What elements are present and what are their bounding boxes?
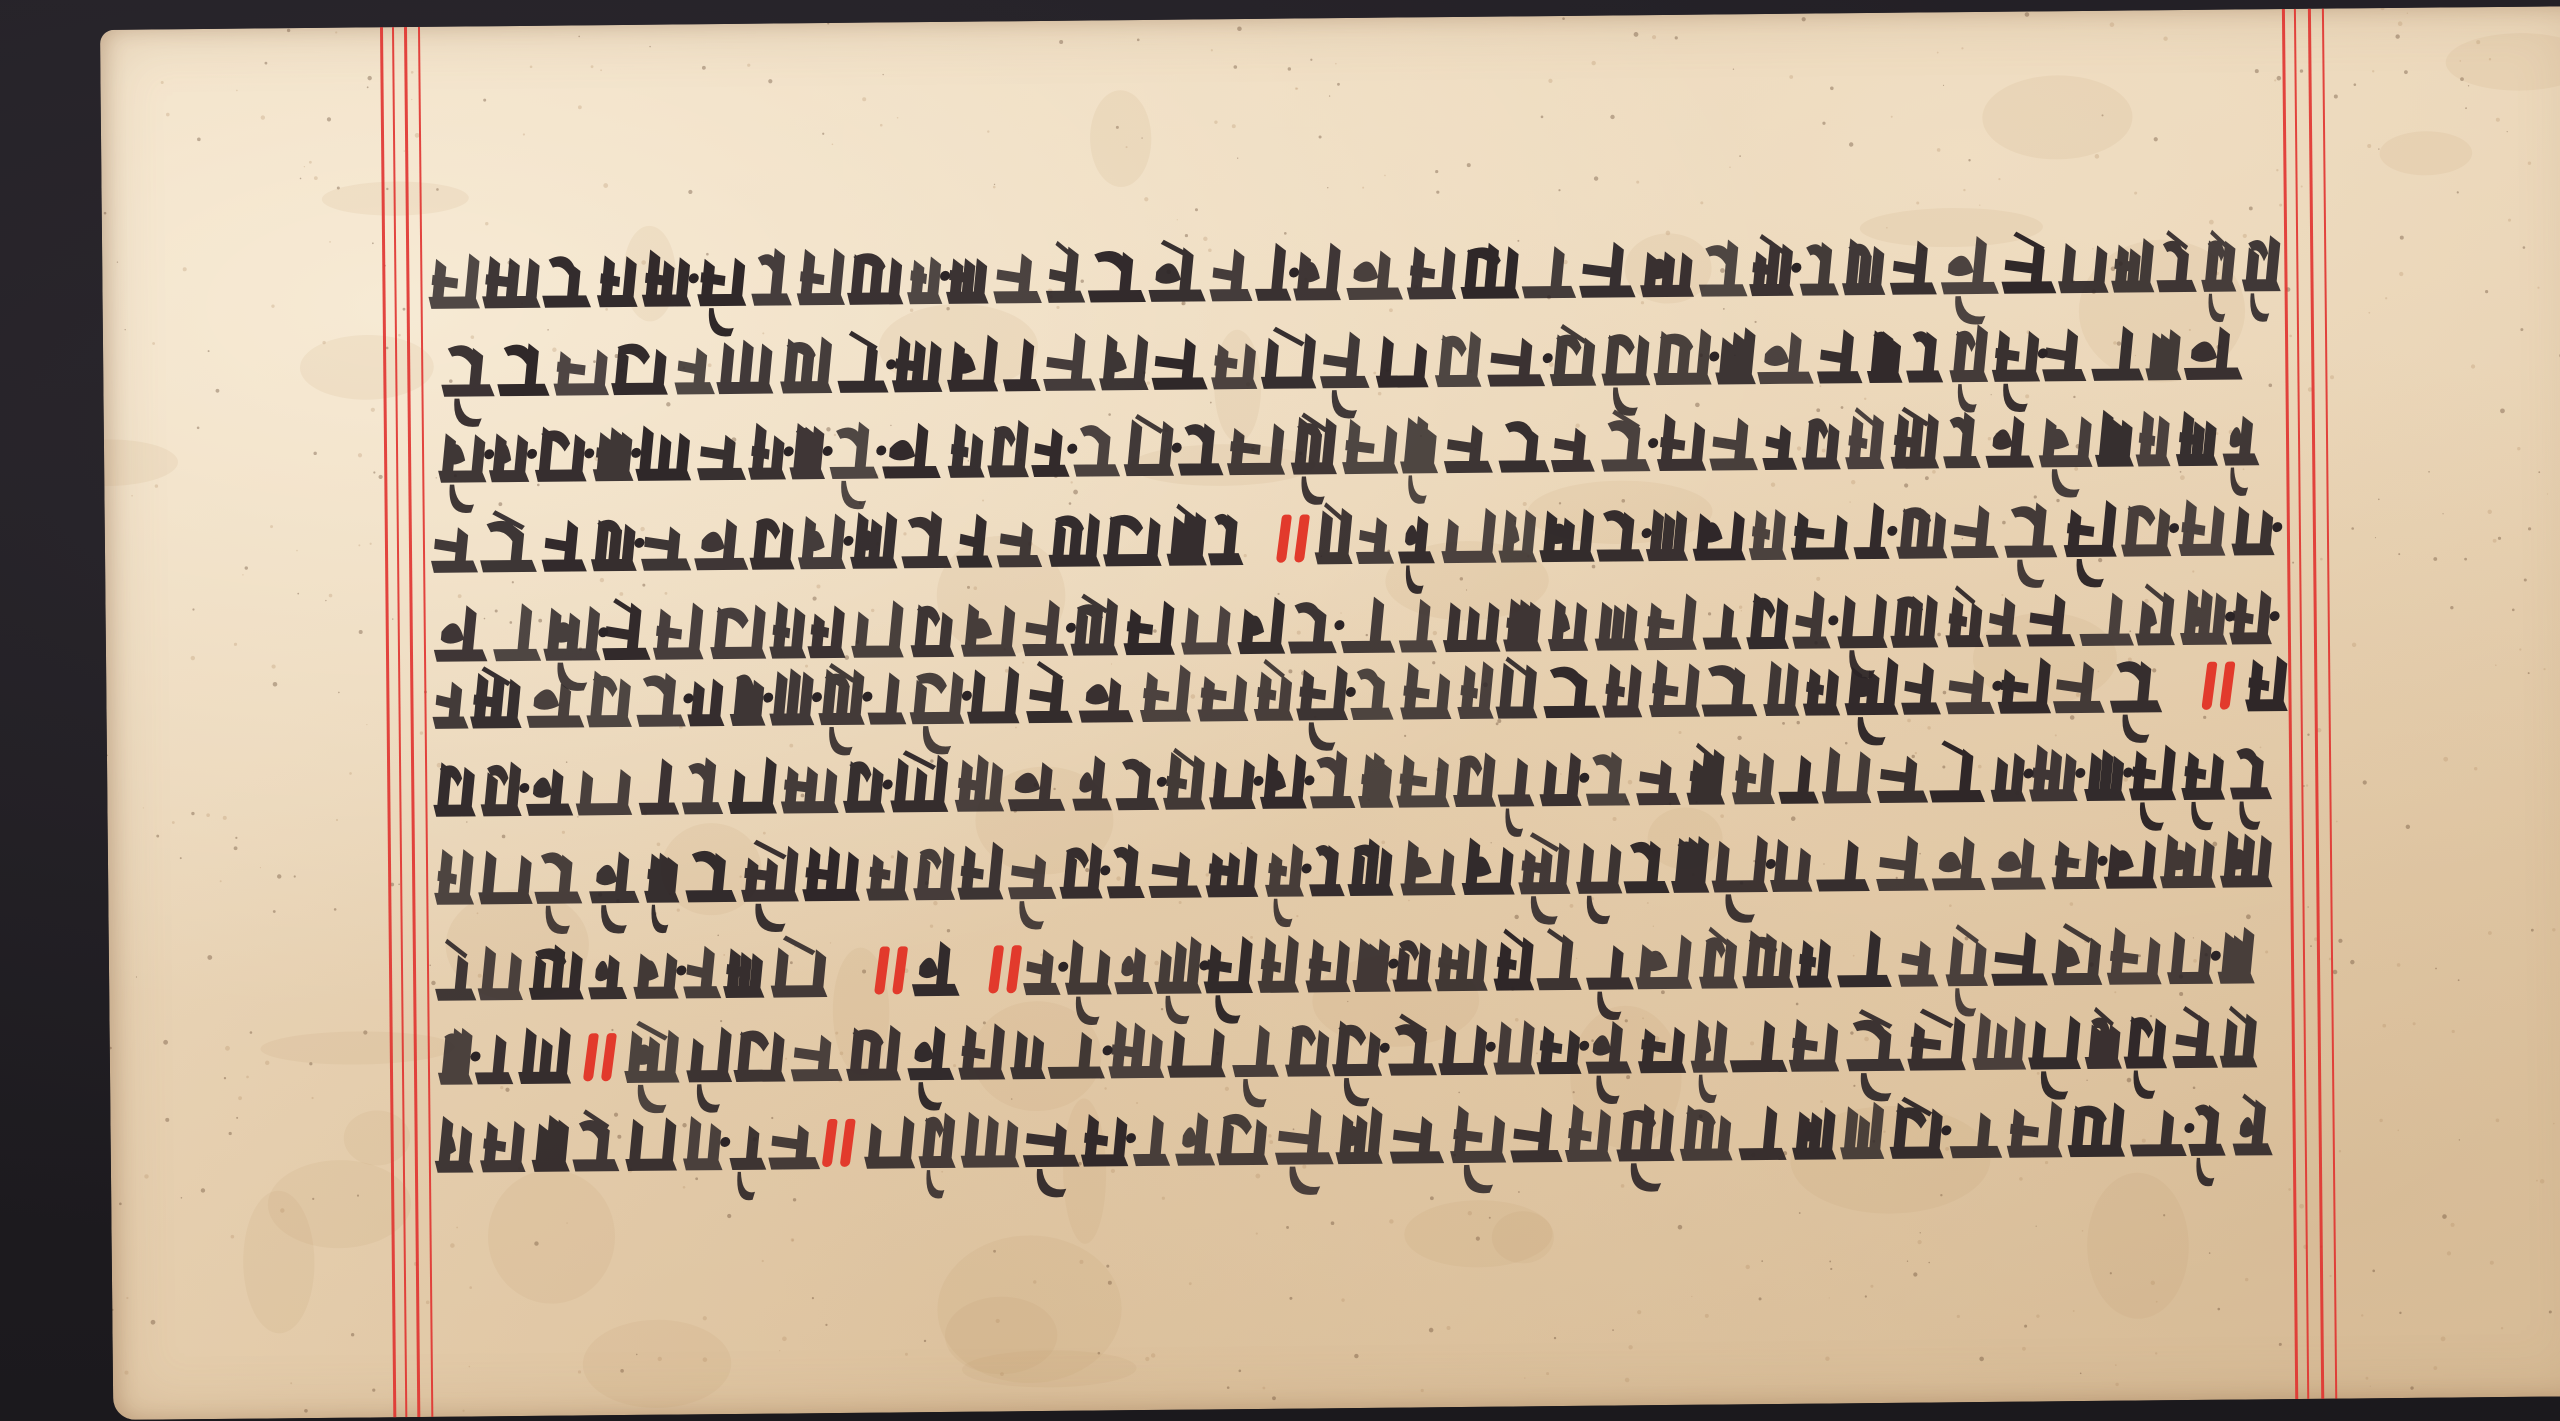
red-double-danda-mark [584,1033,620,1085]
manuscript-folio [100,6,2560,1420]
red-double-danda-mark [2202,662,2238,714]
red-double-danda-mark [875,946,911,998]
red-double-danda-mark [822,1119,858,1171]
manuscript-line [436,1085,2283,1213]
red-double-danda-mark [1277,514,1313,566]
manuscript-text-block [100,6,2560,1420]
red-double-danda-mark [989,945,1025,997]
